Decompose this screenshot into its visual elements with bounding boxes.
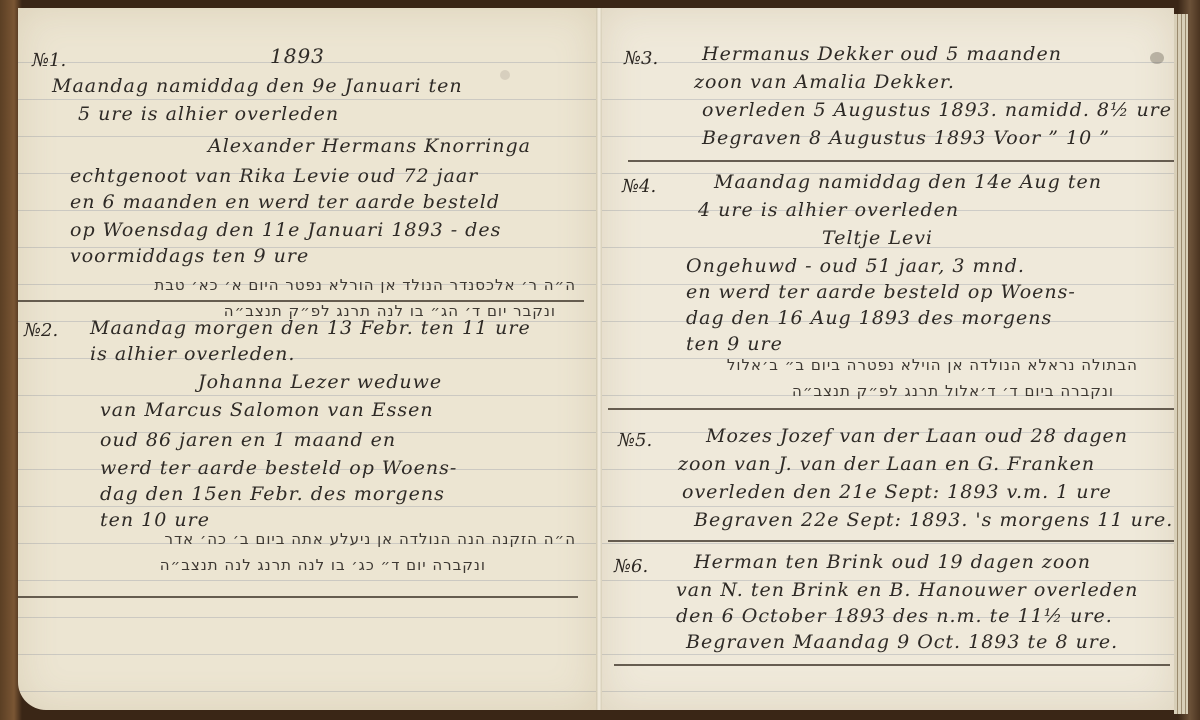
entry-divider: [628, 160, 1174, 162]
entry-line: Begraven Maandag 9 Oct. 1893 te 8 ure.: [686, 624, 1118, 661]
hebrew-line: ונקברה יום ד״ כג׳ בו לנה תרנג לנה תנצב״ה: [160, 556, 486, 574]
hebrew-line: הבתולה נראלא הנולדה אן הוילא נפטרה ביום …: [727, 356, 1138, 374]
entry-line: Begraven 22e Sept: 1893. 's morgens 11 u…: [694, 502, 1173, 539]
entry-number: №3.: [624, 48, 658, 69]
right-page: №3. Hermanus Dekker oud 5 maanden zoon v…: [602, 8, 1174, 710]
entry-divider: [18, 596, 578, 598]
entry-divider: [614, 664, 1170, 666]
entry-number: №6.: [614, 556, 648, 577]
entry-line: Begraven 8 Augustus 1893 Voor ” 10 ”: [702, 120, 1110, 157]
hebrew-line: ה״ה ר׳ אלכסנדר הנולד אן הורלא נפטר היום …: [154, 276, 576, 294]
entry-line: voormiddags ten 9 ure: [70, 238, 309, 275]
left-page: №1. 1893 Maandag namiddag den 9e Januari…: [18, 8, 596, 710]
entry-divider: [608, 540, 1174, 542]
page-edges: [1174, 14, 1188, 714]
entry-divider: [18, 300, 584, 302]
entry-number: №2.: [24, 320, 58, 341]
hebrew-line: ונקברה ביום ד׳ ד׳אלול תרנג לפ״ק תנצב״ה: [792, 382, 1114, 400]
entry-number: №5.: [618, 430, 652, 451]
entry-divider: [608, 408, 1174, 410]
entry-number: №4.: [622, 176, 656, 197]
open-register-book: №1. 1893 Maandag namiddag den 9e Januari…: [0, 0, 1200, 720]
hebrew-line: ה״ה הזקנה הנה הנולדה אן ניעלע אתה ביום ב…: [165, 530, 576, 548]
